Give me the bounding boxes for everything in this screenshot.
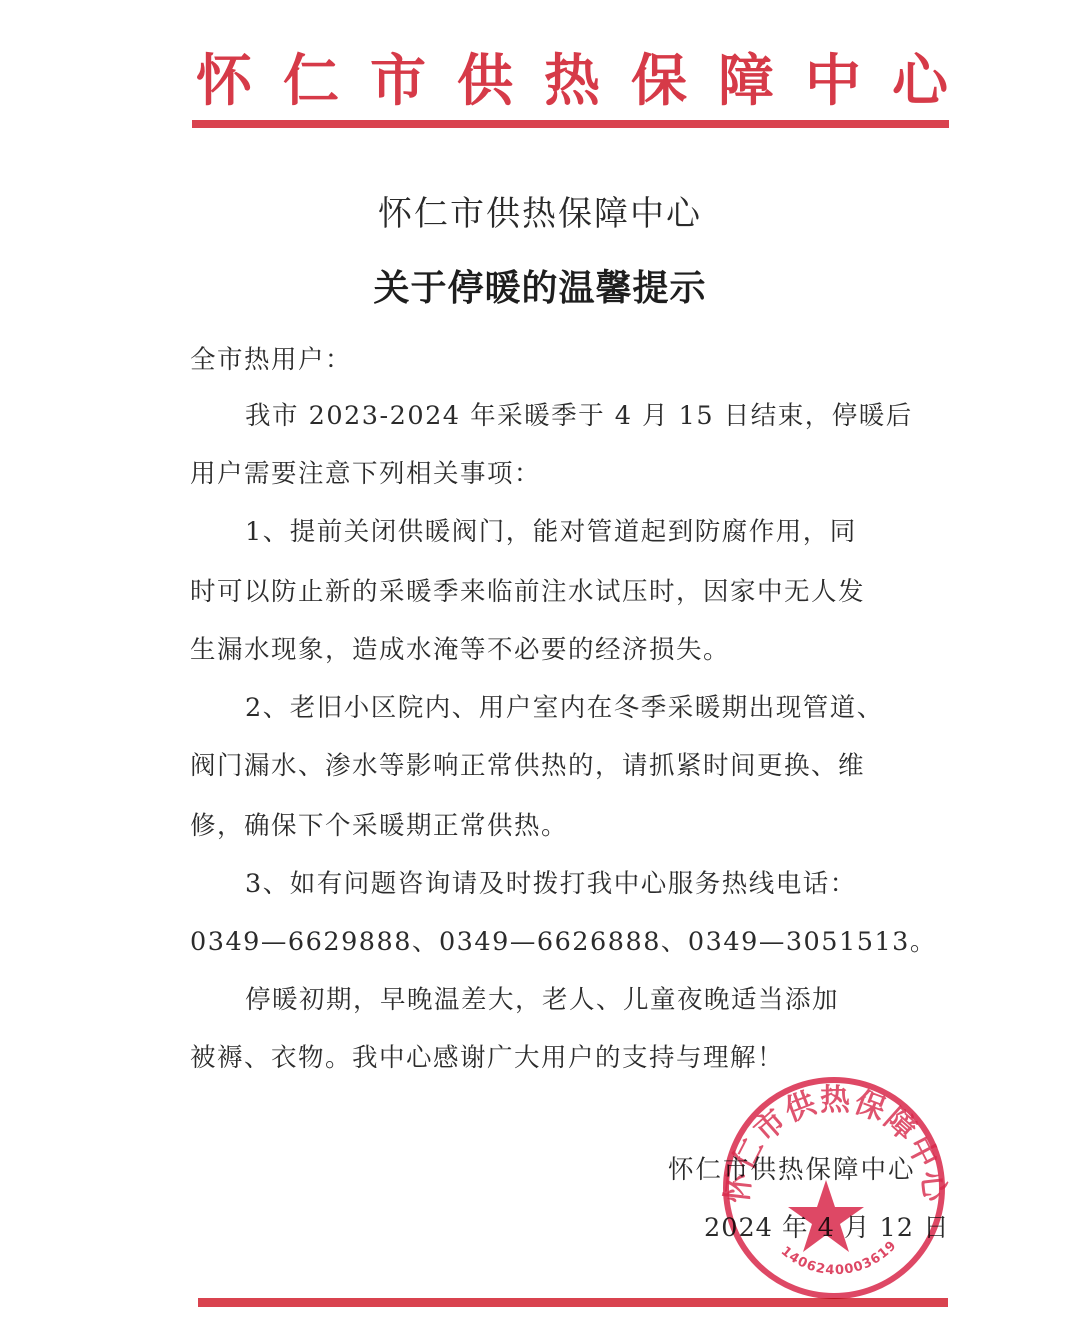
- body-line: 我市 2023-2024 年采暖季于 4 月 15 日结束，停暖后: [245, 396, 913, 432]
- salutation: 全市热用户：: [190, 340, 352, 376]
- item-1-line: 时可以防止新的采暖季来临前注水试压时，因家中无人发: [190, 572, 865, 608]
- item-2-line: 2、老旧小区院内、用户室内在冬季采暖期出现管道、: [245, 688, 884, 724]
- letterhead-char: 保: [631, 37, 687, 117]
- notice-title: 关于停暖的温馨提示: [0, 260, 1080, 311]
- letterhead-char: 市: [370, 37, 426, 117]
- item-2-line: 修，确保下个采暖期正常供热。: [190, 806, 568, 842]
- item-1-line: 生漏水现象，造成水淹等不必要的经济损失。: [190, 630, 730, 666]
- letterhead-org-name: 怀 仁 市 供 热 保 障 中 心: [196, 42, 948, 112]
- letterhead-char: 热: [544, 37, 600, 117]
- letterhead-char: 仁: [283, 37, 339, 117]
- item-3-line: 3、如有问题咨询请及时拨打我中心服务热线电话：: [245, 864, 857, 900]
- hotline-numbers: 0349—6629888、0349—6626888、0349—3051513。: [190, 922, 937, 958]
- item-1-line: 1、提前关闭供暖阀门，能对管道起到防腐作用，同: [245, 512, 857, 548]
- letterhead-char: 心: [892, 37, 948, 117]
- letterhead-char: 障: [718, 37, 774, 117]
- letterhead-char: 中: [805, 37, 861, 117]
- closing-line: 停暖初期，早晚温差大，老人、儿童夜晚适当添加: [245, 980, 839, 1016]
- closing-line: 被褥、衣物。我中心感谢广大用户的支持与理解！: [190, 1038, 784, 1074]
- body-line: 用户需要注意下列相关事项：: [190, 454, 541, 490]
- letterhead-divider: [192, 120, 949, 128]
- star-icon: [788, 1180, 864, 1252]
- letterhead-char: 怀: [196, 37, 252, 117]
- seal-arc-text: 怀仁市供热保障中心: [720, 1083, 950, 1206]
- letterhead-char: 供: [457, 37, 513, 117]
- item-2-line: 阀门漏水、渗水等影响正常供热的，请抓紧时间更换、维: [190, 746, 865, 782]
- svg-text:怀仁市供热保障中心: 怀仁市供热保障中心: [720, 1083, 950, 1206]
- org-title: 怀仁市供热保障中心: [0, 186, 1080, 235]
- official-seal: 怀仁市供热保障中心 1406240003619: [718, 1072, 950, 1304]
